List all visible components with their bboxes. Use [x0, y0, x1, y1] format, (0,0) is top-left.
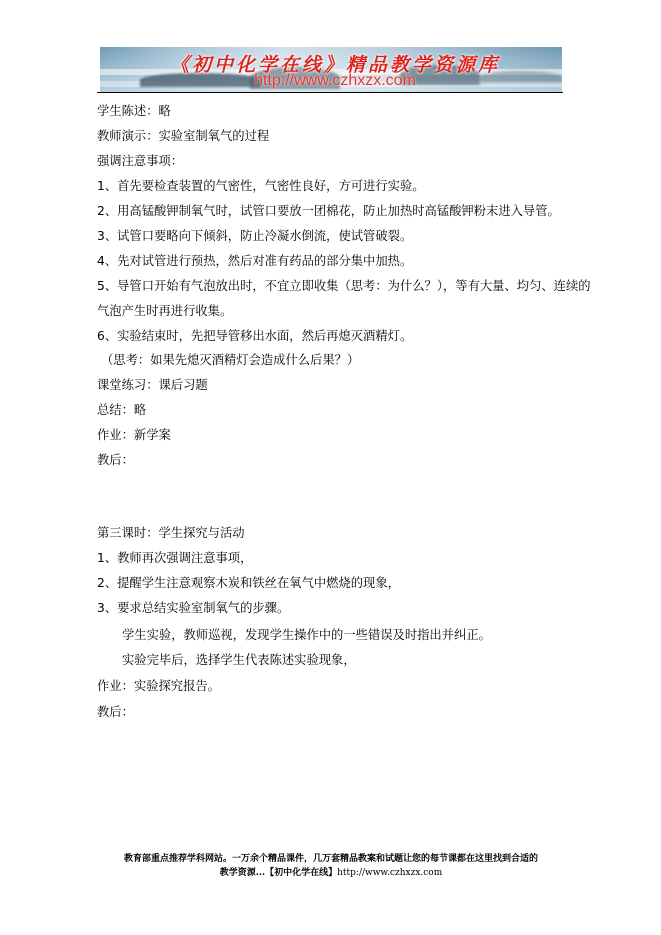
note-item-5-cont: 气泡产生时再进行收集。: [97, 303, 232, 319]
section3-homework: 作业：实验探究报告。: [97, 678, 220, 694]
note-item-5: 5、导管口开始有气泡放出时，不宜立即收集（思考：为什么？），等有大量、均匀、连续…: [97, 278, 591, 294]
section3-experiment-done: 实验完毕后，选择学生代表陈述实验现象，: [122, 652, 356, 668]
section3-heading: 第三课时：学生探究与活动: [97, 525, 245, 541]
note-item-3: 3、试管口要略向下倾斜，防止冷凝水倒流，使试管破裂。: [97, 228, 412, 244]
think-question: （思考：如果先熄灭酒精灯会造成什么后果？）: [101, 352, 359, 368]
page-footer: 教育部重点推荐学科网站。一万余个精品课件，几万套精品教案和试题让您的每节课都在这…: [90, 852, 572, 880]
notes-heading: 强调注意事项：: [97, 153, 183, 169]
summary: 总结：略: [97, 402, 146, 418]
section3-after-teaching: 教后：: [97, 704, 134, 720]
note-item-6: 6、实验结束时，先把导管移出水面，然后再熄灭酒精灯。: [97, 328, 412, 344]
footer-line-1: 教育部重点推荐学科网站。一万余个精品课件，几万套精品教案和试题让您的每节课都在这…: [90, 852, 572, 866]
homework: 作业：新学案: [97, 427, 171, 443]
section3-item-2: 2、提醒学生注意观察木炭和铁丝在氧气中燃烧的现象，: [97, 575, 400, 591]
banner-url: http://www.czhxzx.com: [210, 72, 460, 90]
teacher-demo: 教师演示：实验室制氧气的过程: [97, 128, 269, 144]
after-teaching: 教后：: [97, 452, 134, 468]
header-rule: [97, 92, 563, 93]
footer-line-2: 教学资源...【初中化学在线】http://www.czhxzx.com: [90, 866, 572, 880]
section3-item-1: 1、教师再次强调注意事项，: [97, 550, 252, 566]
section3-item-3: 3、要求总结实验室制氧气的步骤。: [97, 600, 289, 616]
note-item-1: 1、首先要检查装置的气密性，气密性良好，方可进行实验。: [97, 178, 425, 194]
section3-student-experiment: 学生实验，教师巡视，发现学生操作中的一些错误及时指出并纠正。: [122, 627, 491, 643]
header-banner: 《初中化学在线》精品教学资源库 http://www.czhxzx.com: [100, 47, 562, 92]
footer-url-link[interactable]: http://www.czhxzx.com: [337, 868, 442, 878]
note-item-4: 4、先对试管进行预热，然后对准有药品的部分集中加热。: [97, 253, 412, 269]
class-exercise: 课堂练习：课后习题: [97, 377, 208, 393]
note-item-2: 2、用高锰酸钾制氧气时，试管口要放一团棉花，防止加热时高锰酸钾粉末进入导管。: [97, 203, 560, 219]
student-statement: 学生陈述：略: [97, 103, 171, 119]
footer-resource-label: 教学资源...【初中化学在线】: [220, 868, 337, 878]
